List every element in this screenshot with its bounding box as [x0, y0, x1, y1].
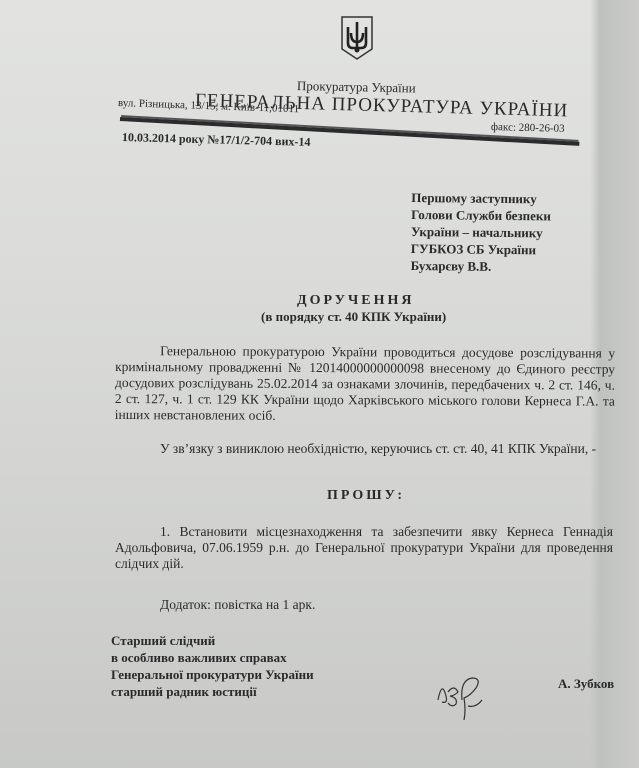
addressee-line: ГУБКОЗ СБ України	[411, 240, 551, 258]
signatory-position-line: Генеральної прокуратури України	[111, 666, 314, 683]
addressee-line: Бухарєву В.В.	[411, 257, 551, 275]
attachment-note: Додаток: повістка на 1 арк.	[160, 597, 315, 613]
coat-of-arms-icon	[340, 15, 374, 61]
body-paragraph: Генеральною прокуратурою України проводи…	[115, 343, 615, 426]
request-heading: ПРОШУ:	[327, 488, 405, 504]
signatory-position-line: старший радник юстиції	[111, 683, 314, 700]
signatory-position-block: Старший слідчий в особливо важливих спра…	[111, 632, 314, 700]
handwritten-signature-icon	[432, 670, 488, 724]
signatory-position-line: Старший слідчий	[111, 632, 314, 649]
addressee-line: Голови Служби безпеки	[411, 206, 551, 224]
request-item: 1. Встановити місцезнаходження та забезп…	[115, 524, 613, 572]
addressee-line: Першому заступнику	[411, 189, 551, 207]
signatory-name: А. Зубков	[558, 676, 614, 692]
letterhead-fax: факс: 280-26-03	[491, 121, 565, 135]
document-title: ДОРУЧЕННЯ	[297, 293, 415, 309]
body-paragraph: У зв’язку з виниклою необхідністю, керую…	[115, 441, 615, 457]
addressee-line: України – начальнику	[411, 223, 551, 241]
signatory-position-line: в особливо важливих справах	[111, 649, 314, 666]
document-subtitle: (в порядку ст. 40 КПК України)	[261, 309, 446, 325]
addressee-block: Першому заступнику Голови Служби безпеки…	[411, 189, 552, 275]
